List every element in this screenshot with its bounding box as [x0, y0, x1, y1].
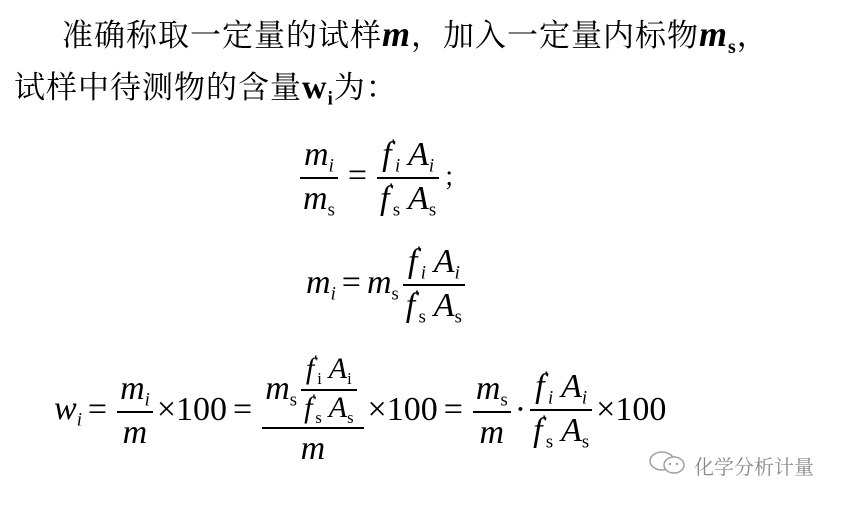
text-segment: 为： [334, 70, 398, 106]
fraction-ms-over-m: ms m [473, 369, 511, 452]
text-segment: 准确称取一定量的试样 [62, 18, 382, 54]
watermark: 化学分析计量 [648, 450, 814, 481]
equation-ratio: mi ms = f'i Ai f's As ； [296, 135, 469, 221]
var-wi: wi [302, 69, 334, 106]
fraction-mi-over-ms: mi ms [300, 135, 338, 221]
wechat-icon [648, 450, 688, 481]
fraction-mi-over-m: mi m [117, 369, 153, 452]
watermark-label: 化学分析计量 [694, 451, 814, 480]
var-ms: ms [699, 14, 737, 54]
intro-line-1: 准确称取一定量的试样m，加入一定量内标物ms， [62, 10, 769, 59]
fraction-compound: ms f'i Ai f's As m [262, 352, 363, 469]
fraction-response: f'i Ai f's As [377, 135, 439, 221]
text-segment: ，加入一定量内标物 [411, 18, 699, 54]
var-m: m [382, 14, 411, 54]
text-segment: ， [737, 18, 769, 54]
intro-line-2: 试样中待测物的含量wi为： [14, 62, 398, 111]
fraction-response: f'i Ai f's As [403, 242, 465, 328]
fraction-response: f'i Ai f's As [530, 367, 592, 453]
text-segment: 试样中待测物的含量 [14, 70, 302, 106]
equation-mi: mi=ms f'i Ai f's As [306, 242, 469, 328]
equation-wi: wi = mi m ×100 = ms f'i Ai f's As m ×100… [54, 352, 666, 469]
